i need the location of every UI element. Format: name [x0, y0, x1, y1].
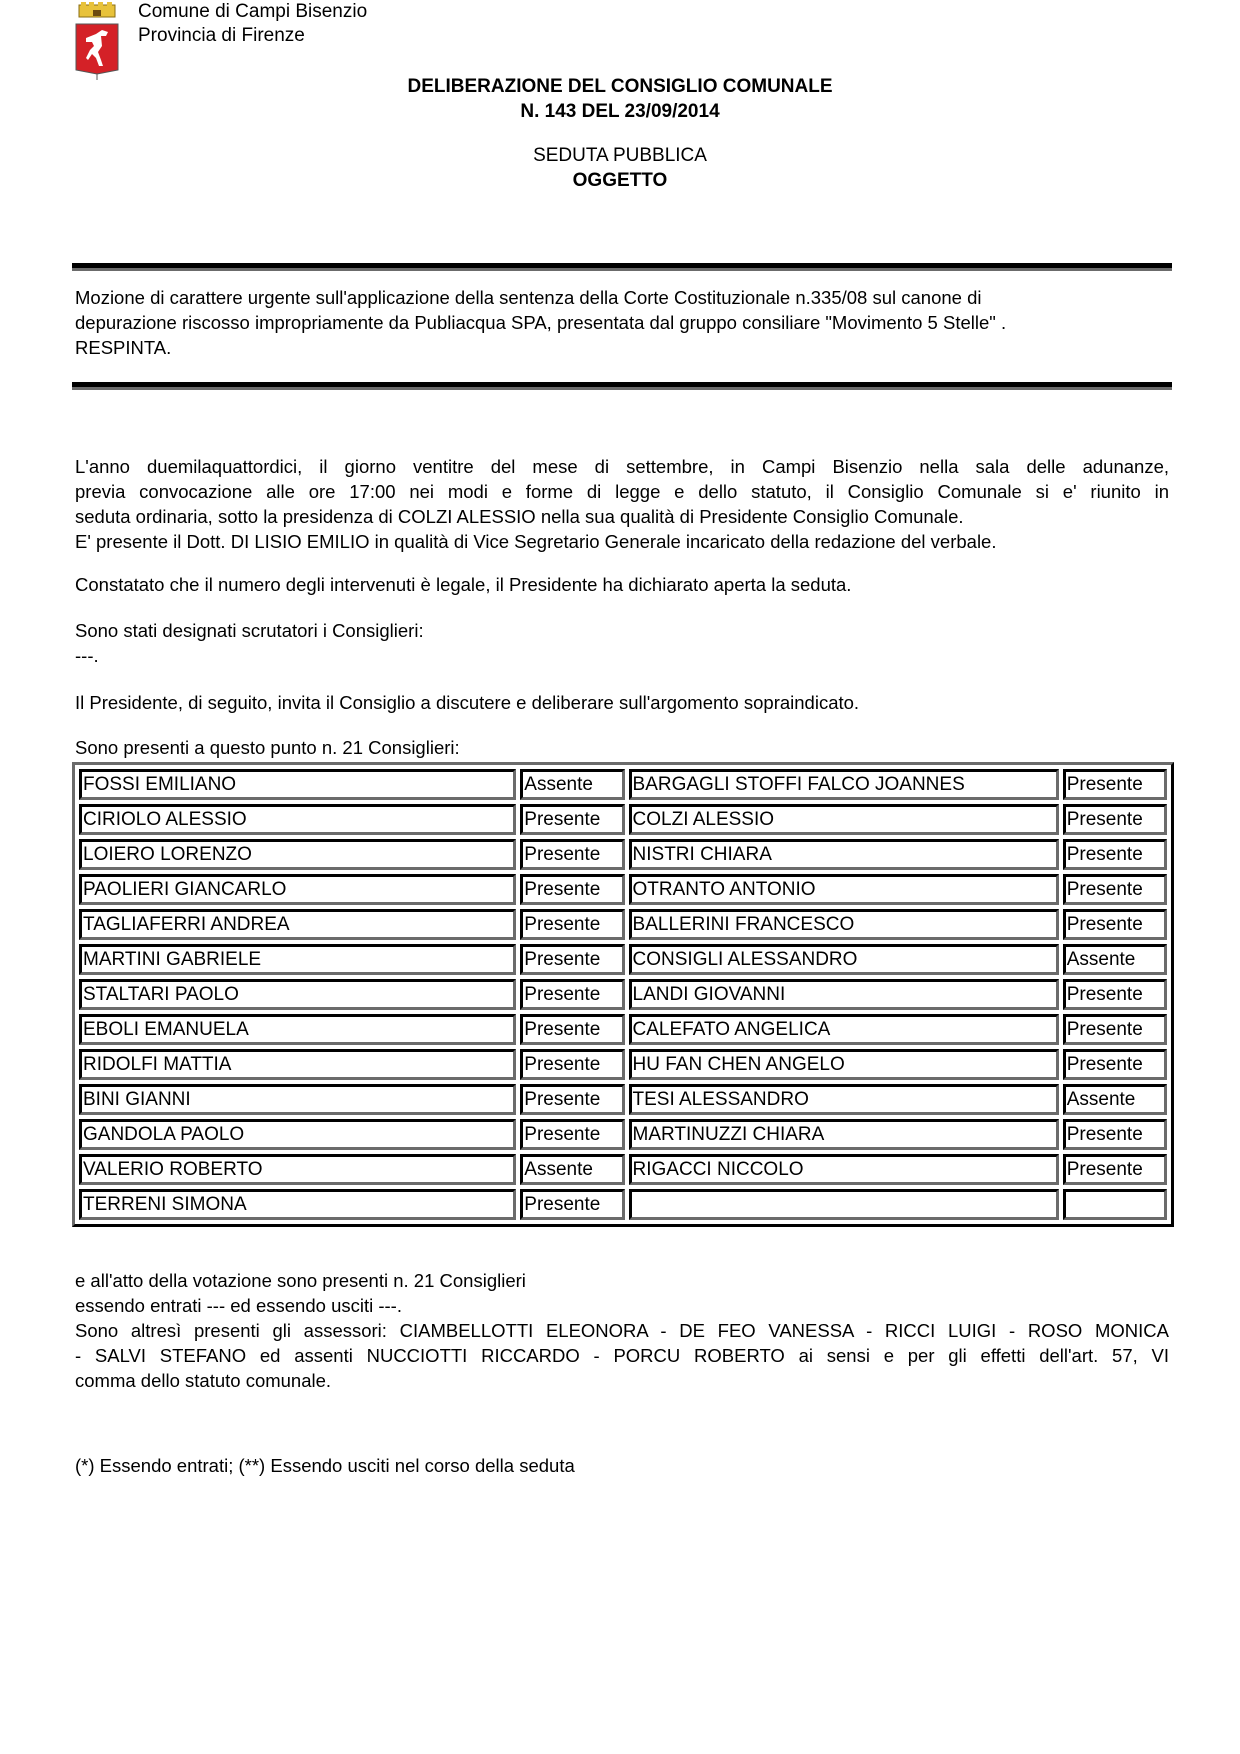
intro-line: seduta ordinaria, sotto la presidenza di… — [75, 504, 1169, 529]
attendance-status: Presente — [1063, 909, 1167, 940]
councillor-name: MARTINUZZI CHIARA — [629, 1119, 1059, 1150]
assessors-line: - SALVI STEFANO ed assenti NUCCIOTTI RIC… — [75, 1343, 1169, 1368]
attendance-status: Presente — [520, 804, 624, 835]
attendance-status: Presente — [520, 944, 624, 975]
councillor-name: BINI GIANNI — [79, 1084, 516, 1115]
attendance-table: FOSSI EMILIANOAssenteBARGAGLI STOFFI FAL… — [72, 762, 1174, 1227]
attendance-status: Assente — [520, 1154, 624, 1185]
attendance-status: Presente — [1063, 874, 1167, 905]
table-row: TAGLIAFERRI ANDREAPresenteBALLERINI FRAN… — [79, 909, 1167, 940]
assessors-line: Sono altresì presenti gli assessori: CIA… — [75, 1318, 1169, 1343]
subject-text: Mozione di carattere urgente sull'applic… — [75, 285, 1169, 360]
vote-line: essendo entrati --- ed essendo usciti --… — [75, 1293, 1169, 1318]
table-row: STALTARI PAOLOPresenteLANDI GIOVANNIPres… — [79, 979, 1167, 1010]
attendance-status: Presente — [520, 909, 624, 940]
divider-bottom — [72, 382, 1172, 390]
attendance-status: Presente — [520, 839, 624, 870]
attendance-status: Presente — [520, 1049, 624, 1080]
councillor-name: FOSSI EMILIANO — [79, 769, 516, 800]
table-row: VALERIO ROBERTOAssenteRIGACCI NICCOLOPre… — [79, 1154, 1167, 1185]
table-row: FOSSI EMILIANOAssenteBARGAGLI STOFFI FAL… — [79, 769, 1167, 800]
attendance-status: Presente — [1063, 769, 1167, 800]
intro-paragraph: L'anno duemilaquattordici, il giorno ven… — [75, 454, 1169, 554]
vote-line: e all'atto della votazione sono presenti… — [75, 1268, 1169, 1293]
attendance-status: Assente — [1063, 944, 1167, 975]
intro-line: previa convocazione alle ore 17:00 nei m… — [75, 479, 1169, 504]
attendance-status: Presente — [520, 1014, 624, 1045]
footnote: (*) Essendo entrati; (**) Essendo usciti… — [75, 1453, 1169, 1478]
councillor-name: BARGAGLI STOFFI FALCO JOANNES — [629, 769, 1059, 800]
subject-line: depurazione riscosso impropriamente da P… — [75, 310, 1169, 335]
subject-line: RESPINTA. — [75, 335, 1169, 360]
table-row: CIRIOLO ALESSIOPresenteCOLZI ALESSIOPres… — [79, 804, 1167, 835]
councillor-name: COLZI ALESSIO — [629, 804, 1059, 835]
councillor-name: TESI ALESSANDRO — [629, 1084, 1059, 1115]
councillor-name: TAGLIAFERRI ANDREA — [79, 909, 516, 940]
table-row: BINI GIANNIPresenteTESI ALESSANDROAssent… — [79, 1084, 1167, 1115]
attendance-status: Presente — [1063, 1014, 1167, 1045]
councillor-name: RIDOLFI MATTIA — [79, 1049, 516, 1080]
divider-top — [72, 263, 1172, 271]
councillor-name: GANDOLA PAOLO — [79, 1119, 516, 1150]
coat-of-arms-icon — [74, 2, 120, 80]
councillor-name — [629, 1189, 1059, 1220]
subject-label: OGGETTO — [0, 168, 1240, 193]
table-row: RIDOLFI MATTIAPresenteHU FAN CHEN ANGELO… — [79, 1049, 1167, 1080]
municipality-name: Comune di Campi Bisenzio — [138, 0, 367, 24]
intro-line: E' presente il Dott. DI LISIO EMILIO in … — [75, 529, 1169, 554]
councillor-name: RIGACCI NICCOLO — [629, 1154, 1059, 1185]
councillor-name: STALTARI PAOLO — [79, 979, 516, 1010]
councillor-name: BALLERINI FRANCESCO — [629, 909, 1059, 940]
vote-summary: e all'atto della votazione sono presenti… — [75, 1268, 1169, 1393]
councillor-name: MARTINI GABRIELE — [79, 944, 516, 975]
assessors-line: comma dello statuto comunale. — [75, 1368, 1169, 1393]
councillor-name: PAOLIERI GIANCARLO — [79, 874, 516, 905]
attendance-status: Presente — [520, 979, 624, 1010]
intro-line: L'anno duemilaquattordici, il giorno ven… — [75, 454, 1169, 479]
councillor-name: VALERIO ROBERTO — [79, 1154, 516, 1185]
scrutineers-label: Sono stati designati scrutatori i Consig… — [75, 618, 1169, 643]
attendance-status: Presente — [1063, 839, 1167, 870]
councillor-name: HU FAN CHEN ANGELO — [629, 1049, 1059, 1080]
councillor-name: NISTRI CHIARA — [629, 839, 1059, 870]
attendance-status: Presente — [1063, 1154, 1167, 1185]
document-number: N. 143 DEL 23/09/2014 — [0, 99, 1240, 124]
councillor-name: OTRANTO ANTONIO — [629, 874, 1059, 905]
subject-line: Mozione di carattere urgente sull'applic… — [75, 285, 1169, 310]
attendance-status: Presente — [1063, 1119, 1167, 1150]
councillor-name: LOIERO LORENZO — [79, 839, 516, 870]
table-row: GANDOLA PAOLOPresenteMARTINUZZI CHIARAPr… — [79, 1119, 1167, 1150]
session-type: SEDUTA PUBBLICA — [0, 143, 1240, 168]
table-row: MARTINI GABRIELEPresenteCONSIGLI ALESSAN… — [79, 944, 1167, 975]
table-row: PAOLIERI GIANCARLOPresenteOTRANTO ANTONI… — [79, 874, 1167, 905]
province-name: Provincia di Firenze — [138, 24, 305, 48]
councillor-name: CALEFATO ANGELICA — [629, 1014, 1059, 1045]
attendance-status: Presente — [520, 874, 624, 905]
table-row: LOIERO LORENZOPresenteNISTRI CHIARAPrese… — [79, 839, 1167, 870]
attendance-status: Presente — [520, 1084, 624, 1115]
councillor-name: CIRIOLO ALESSIO — [79, 804, 516, 835]
quorum-text: Constatato che il numero degli intervenu… — [75, 572, 1169, 597]
table-row: TERRENI SIMONAPresente — [79, 1189, 1167, 1220]
attendance-status: Presente — [520, 1189, 624, 1220]
table-row: EBOLI EMANUELAPresenteCALEFATO ANGELICAP… — [79, 1014, 1167, 1045]
scrutineers-value: ---. — [75, 643, 1169, 668]
attendance-status: Presente — [520, 1119, 624, 1150]
councillor-name: TERRENI SIMONA — [79, 1189, 516, 1220]
attendance-status: Assente — [520, 769, 624, 800]
attendance-status — [1063, 1189, 1167, 1220]
councillor-name: CONSIGLI ALESSANDRO — [629, 944, 1059, 975]
attendance-status: Presente — [1063, 979, 1167, 1010]
attendance-status: Presente — [1063, 1049, 1167, 1080]
invitation-text: Il Presidente, di seguito, invita il Con… — [75, 690, 1169, 715]
attendance-status: Presente — [1063, 804, 1167, 835]
councillor-name: LANDI GIOVANNI — [629, 979, 1059, 1010]
document-title: DELIBERAZIONE DEL CONSIGLIO COMUNALE — [0, 74, 1240, 99]
attendance-status: Assente — [1063, 1084, 1167, 1115]
present-count: Sono presenti a questo punto n. 21 Consi… — [75, 735, 1169, 760]
councillor-name: EBOLI EMANUELA — [79, 1014, 516, 1045]
